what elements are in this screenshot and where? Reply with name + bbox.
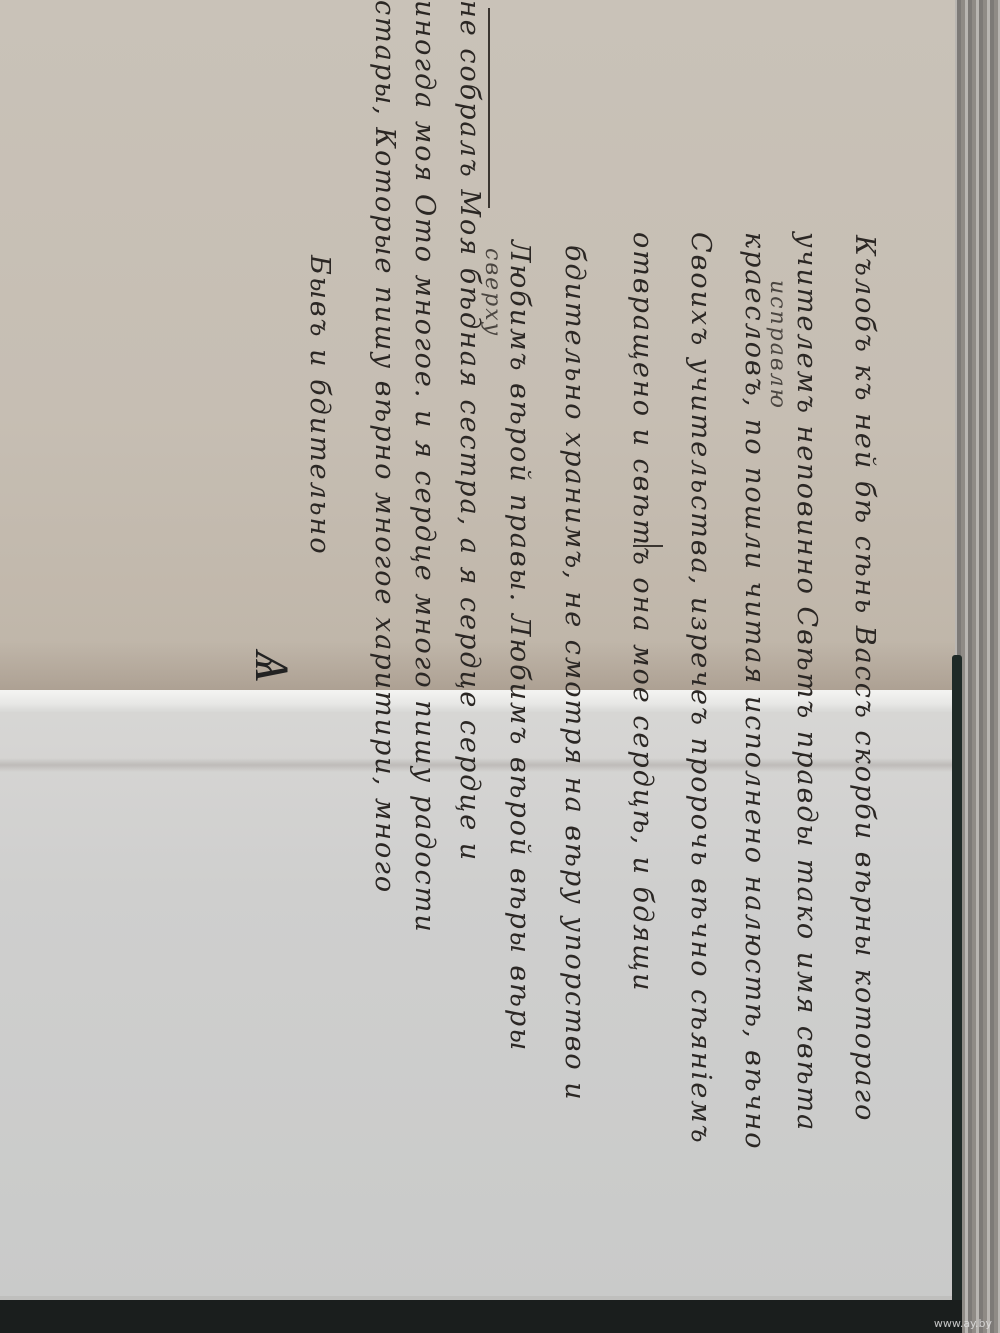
letter-line-4: Своихъ учительства, изречеъ пророчь вѣчн…: [685, 232, 716, 1145]
signature: Ѧ: [244, 650, 300, 685]
bracket-mark: [633, 545, 663, 547]
letter-line-5: отвращено и свѣтъ она мое сердцѣ, и бдящ…: [627, 232, 658, 993]
letter-line-11: Бывъ и бдительно: [304, 255, 335, 556]
letter-line-3: краесловъ, по пошли читая исполнено налю…: [739, 232, 770, 1151]
letter-line-2: учителемъ неповинно Свѣтъ правды тако им…: [791, 232, 822, 1132]
letter-line-9: иногда моя Ото многое. и я сердце много …: [409, 0, 440, 934]
letter-line-6: бдительно хранимъ, не смотря на вѣру упо…: [559, 245, 590, 1102]
letter-line-1: Кълобъ къ ней бѣ сѣнь Вассъ скорби вѣрны…: [849, 235, 880, 1122]
handwritten-letter: Кълобъ къ ней бѣ сѣнь Вассъ скорби вѣрны…: [0, 0, 1000, 1333]
letter-line-7: Любимъ вѣрой правы. Любимъ вѣрой вѣры вѣ…: [504, 240, 535, 1052]
watermark: www.ay.by: [934, 1317, 992, 1330]
letter-line-8: не собралъ Моя бѣдная сестра, а я сердце…: [454, 0, 485, 862]
underline-mark: [488, 8, 490, 208]
letter-line-10: стары, Которые пишу вѣрно многое харитир…: [369, 0, 400, 894]
